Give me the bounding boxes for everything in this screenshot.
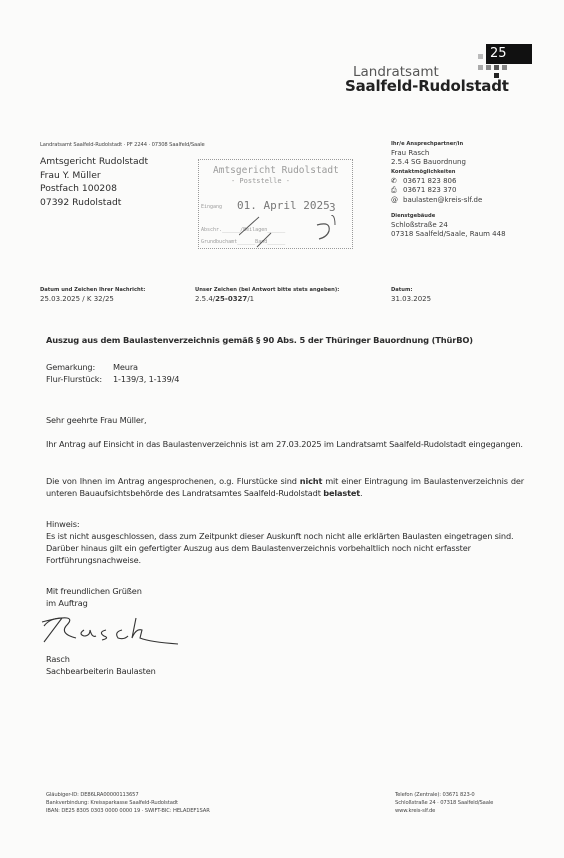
contact-person-label: Ihr/e Ansprechpartner/in: [391, 141, 506, 147]
your-reference: Datum und Zeichen Ihrer Nachricht: 25.03…: [40, 287, 145, 303]
recipient-address: Amtsgericht Rudolstadt Frau Y. Müller Po…: [40, 155, 148, 209]
our-reference-value: 2.5.4/25-0327/1: [195, 295, 339, 303]
stamp-received-label: Eingang: [201, 204, 222, 210]
contact-email: @baulasten@kreis-slf.de: [391, 196, 506, 204]
stamp-office: - Poststelle -: [231, 177, 290, 185]
our-reference: Unser Zeichen (bei Antwort bitte stets a…: [195, 287, 339, 303]
stamp-pen-marks: [239, 215, 349, 250]
subject: Auszug aus dem Baulastenverzeichnis gemä…: [46, 334, 473, 346]
contact-block: Ihr/e Ansprechpartner/in Frau Rasch 2.5.…: [391, 141, 506, 238]
recipient-line: 07392 Rudolstadt: [40, 196, 148, 210]
paragraph-receipt: Ihr Antrag auf Einsicht in das Baulasten…: [46, 438, 524, 450]
contact-person: Frau Rasch: [391, 149, 506, 157]
logo-badge: 25: [486, 44, 532, 64]
flurstueck-row: Flur-Flurstück:1-139/3, 1-139/4: [46, 373, 179, 385]
received-stamp: Amtsgericht Rudolstadt - Poststelle - Ei…: [198, 159, 353, 249]
recipient-line: Frau Y. Müller: [40, 169, 148, 183]
footer-contact: Telefon (Zentrale): 03671 823-0 Schloßst…: [395, 791, 493, 815]
signature: [40, 612, 180, 652]
letter-date: Datum: 31.03.2025: [391, 287, 431, 303]
sender-line: Landratsamt Saalfeld-Rudolstadt · PF 224…: [40, 142, 205, 148]
building-label: Dienstgebäude: [391, 213, 506, 219]
fax-icon: ⎙: [391, 186, 403, 195]
note-label: Hinweis:: [46, 518, 79, 530]
contact-options-label: Kontaktmöglichkeiten: [391, 169, 506, 175]
your-reference-value: 25.03.2025 / K 32/25: [40, 295, 145, 303]
recipient-line: Postfach 100208: [40, 182, 148, 196]
logo-square: [502, 65, 507, 70]
phone-icon: ✆: [391, 177, 403, 185]
building-city-room: 07318 Saalfeld/Saale, Raum 448: [391, 230, 506, 238]
signer-title: Sachbearbeiterin Baulasten: [46, 665, 156, 677]
logo-square: [494, 65, 499, 70]
at-icon: @: [391, 196, 403, 204]
closing-on-behalf: im Auftrag: [46, 597, 88, 609]
logo-square: [478, 65, 483, 70]
logo-square: [478, 54, 483, 59]
logo-line2: Saalfeld-Rudolstadt: [345, 77, 509, 95]
paragraph-result: Die von Ihnen im Antrag angesprochenen, …: [46, 475, 524, 499]
closing-greeting: Mit freundlichen Grüßen: [46, 585, 142, 597]
salutation: Sehr geehrte Frau Müller,: [46, 414, 146, 426]
signer-name: Rasch: [46, 653, 70, 665]
footer-bank: Gläubiger-ID: DE86LRA00000113657 Bankver…: [46, 791, 210, 815]
parcel-info: Gemarkung:Meura Flur-Flurstück:1-139/3, …: [46, 361, 179, 385]
contact-fax: ⎙03671 823 370: [391, 186, 506, 195]
stamp-received-date: 01. April 2025: [237, 199, 330, 212]
stamp-count: 3: [329, 201, 336, 214]
contact-phone: ✆03671 823 806: [391, 177, 506, 185]
building-street: Schloßstraße 24: [391, 221, 506, 229]
our-reference-label: Unser Zeichen (bei Antwort bitte stets a…: [195, 287, 339, 293]
gemarkung-row: Gemarkung:Meura: [46, 361, 179, 373]
note-text: Es ist nicht ausgeschlossen, dass zum Ze…: [46, 530, 524, 567]
recipient-line: Amtsgericht Rudolstadt: [40, 155, 148, 169]
logo-square: [486, 65, 491, 70]
date-value: 31.03.2025: [391, 295, 431, 303]
stamp-court: Amtsgericht Rudolstadt: [213, 165, 339, 176]
date-label: Datum:: [391, 287, 431, 293]
contact-department: 2.5.4 SG Bauordnung: [391, 158, 506, 166]
your-reference-label: Datum und Zeichen Ihrer Nachricht:: [40, 287, 145, 293]
